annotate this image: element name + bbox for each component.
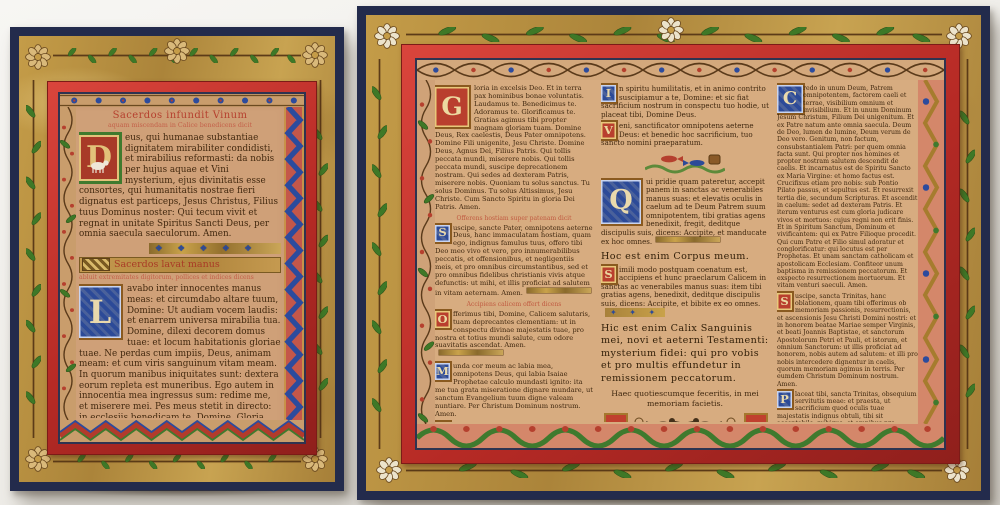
rubric-line: Offerens hostiam super patenam dicit <box>435 215 593 222</box>
rosette-flower-icon <box>658 17 684 43</box>
consecration-words-host: Hoc est enim Corpus meum. <box>601 251 769 263</box>
illuminated-initial-s: S <box>435 225 450 242</box>
leaf-vine-icon <box>26 80 41 438</box>
illuminated-initial-v: V <box>601 122 616 139</box>
prayer-text: uscipe, sancta Trinitas, hanc oblationem… <box>777 293 918 388</box>
left-frame: Sacerdos infundit Vinum aquam miscendam … <box>10 27 344 491</box>
prayer-text: uscipe, sancte Pater, omnipotens aeterne… <box>435 224 593 297</box>
page-border-top-interlace <box>417 60 944 80</box>
haec-quotiescumque-line: Haec quotiescumque feceritis, in mei mem… <box>607 389 763 408</box>
rubric-heading: Sacerdos lavat manus <box>114 259 220 271</box>
text-column-2: In spiritu humilitatis, et in animo cont… <box>601 82 769 422</box>
photo-canvas: Sacerdos infundit Vinum aquam miscendam … <box>0 0 1000 505</box>
gold-divider-bar: ❖ ❖ ❖ ❖ ❖ <box>149 243 281 254</box>
left-frame-red-liner: Sacerdos infundit Vinum aquam miscendam … <box>47 81 317 455</box>
right-frame: Gloria in excelsis Deo. Et in terra pax … <box>357 6 990 500</box>
text-column-3: Credo in unum Deum, Patrem omnipotentem,… <box>777 82 918 422</box>
gold-filler-bar-icon <box>656 237 720 242</box>
leaf-vine-icon <box>372 59 387 449</box>
prayer-paragraph: In spiritu humilitatis, et in animo cont… <box>601 85 769 119</box>
rubric-heading-band: Sacerdos lavat manus <box>79 257 281 273</box>
gold-filler-bar-icon <box>527 288 591 293</box>
illuminated-initial-s: S <box>777 293 792 310</box>
illuminated-initial-c: C <box>777 85 803 113</box>
rubric-line: Accipiens calicem offert dicens <box>435 301 593 308</box>
prayer-text: eni, sanctificator omnipotens aeterne De… <box>601 121 754 147</box>
prayer-text: redo in unum Deum, Patrem omnipotentem, … <box>777 85 917 289</box>
prayer-text: n spiritu humilitatis, et in animo contr… <box>601 84 769 119</box>
right-manuscript-page: Gloria in excelsis Deo. Et in terra pax … <box>417 60 944 448</box>
prayer-paragraph: Offerimus tibi, Domine, Calicem salutari… <box>435 311 593 360</box>
prayer-text: imili modo postquam coenatum est, accipi… <box>601 265 766 308</box>
prayer-text: fferimus tibi, Domine, Calicem salutaris… <box>435 310 590 350</box>
prayer-paragraph: Suscipe, sancte Pater, omnipotens aetern… <box>435 225 593 298</box>
leaf-vine-icon <box>53 454 301 469</box>
illuminated-initial-s: S <box>601 266 616 283</box>
rosette-flower-icon <box>164 38 190 64</box>
lamb-figure-icon <box>87 158 111 174</box>
illuminated-initial-g: G <box>435 87 469 127</box>
prayer-paragraph: Suscipe, sancta Trinitas, hanc oblatione… <box>777 293 918 388</box>
rosette-flower-icon <box>376 457 402 483</box>
prayer-paragraph: Deus, qui humanae substantiae dignitatem… <box>79 133 281 240</box>
prayer-paragraph: Veni, sanctificator omnipotens aeterne D… <box>601 122 769 148</box>
prayer-paragraph: Gloria in excelsis Deo. Et in terra pax … <box>435 85 593 212</box>
frame-shadow <box>371 499 980 505</box>
text-column-1: Gloria in excelsis Deo. Et in terra pax … <box>435 82 593 422</box>
prayer-text: unda cor meum ac labia mea, omnipotens D… <box>435 362 593 417</box>
gold-filler-bar-icon <box>439 350 503 355</box>
prayer-paragraph: Qui pridie quam pateretur, accepit panem… <box>601 178 769 247</box>
leaf-vine-icon <box>406 463 942 478</box>
illuminated-initial-o: O <box>435 311 450 328</box>
consecration-words-chalice: Hic est enim Calix Sanguinis mei, novi e… <box>601 323 769 385</box>
prayer-paragraph: Placeat tibi, sancta Trinitas, obsequium… <box>777 391 918 422</box>
birds-and-shields-vignette <box>601 410 769 422</box>
fish-and-loaves-vignette <box>645 151 725 175</box>
rubric-heading: Sacerdos infundit Vinum <box>79 110 281 122</box>
rosette-flower-icon <box>374 23 400 49</box>
knotwork-block-icon <box>83 259 109 270</box>
illuminated-initial-l: L <box>79 286 121 338</box>
prayer-paragraph: Credo in unum Deum, Patrem omnipotentem,… <box>777 85 918 290</box>
illuminated-initial-p: P <box>777 391 792 408</box>
right-frame-red-liner: Gloria in excelsis Deo. Et in terra pax … <box>401 44 960 464</box>
illuminated-initial-m: M <box>435 363 450 380</box>
illuminated-initial-i: I <box>601 85 616 102</box>
prayer-paragraph: Simili modo postquam coenatum est, accip… <box>601 266 769 319</box>
page-border-left-vine <box>60 107 76 420</box>
prayer-paragraph: Lavabo inter innocentes manus meas: et c… <box>79 284 281 418</box>
page-border-bottom-garland <box>417 424 944 448</box>
illuminated-initial-d-with-lamb: D <box>79 135 119 181</box>
rubric-subheading: abluit extremitates digitorum, pollices … <box>79 274 281 282</box>
page-border-bottom-zigzag <box>60 420 304 442</box>
page-border-left-floral <box>417 80 435 424</box>
page-border-top <box>60 94 304 107</box>
prayer-text: ube, Domne, benedicere. Dominus sit in c… <box>435 421 589 422</box>
rubric-subheading: aquam miscendam in Calice benedicens dic… <box>79 122 281 130</box>
diamond-divider-icon: ❖ ❖ ❖ ❖ ❖ <box>155 244 258 254</box>
illuminated-initial-q: Q <box>601 180 641 224</box>
rosette-flower-icon <box>302 42 328 68</box>
left-manuscript-page: Sacerdos infundit Vinum aquam miscendam … <box>60 94 304 442</box>
page-border-right-zigzag <box>284 107 304 420</box>
leaf-vine-icon <box>960 59 975 449</box>
prayer-text: laceat tibi, sancta Trinitas, obsequium … <box>777 391 917 422</box>
right-page-text-columns: Gloria in excelsis Deo. Et in terra pax … <box>435 82 918 422</box>
frame-shadow <box>24 490 334 498</box>
page-border-right-zigzag <box>918 80 944 424</box>
prayer-paragraph: Munda cor meum ac labia mea, omnipotens … <box>435 363 593 418</box>
left-page-text: Sacerdos infundit Vinum aquam miscendam … <box>79 109 281 418</box>
star-filler-icon: ✦ ✦ ✦ <box>605 308 665 317</box>
rosette-flower-icon <box>25 44 51 70</box>
